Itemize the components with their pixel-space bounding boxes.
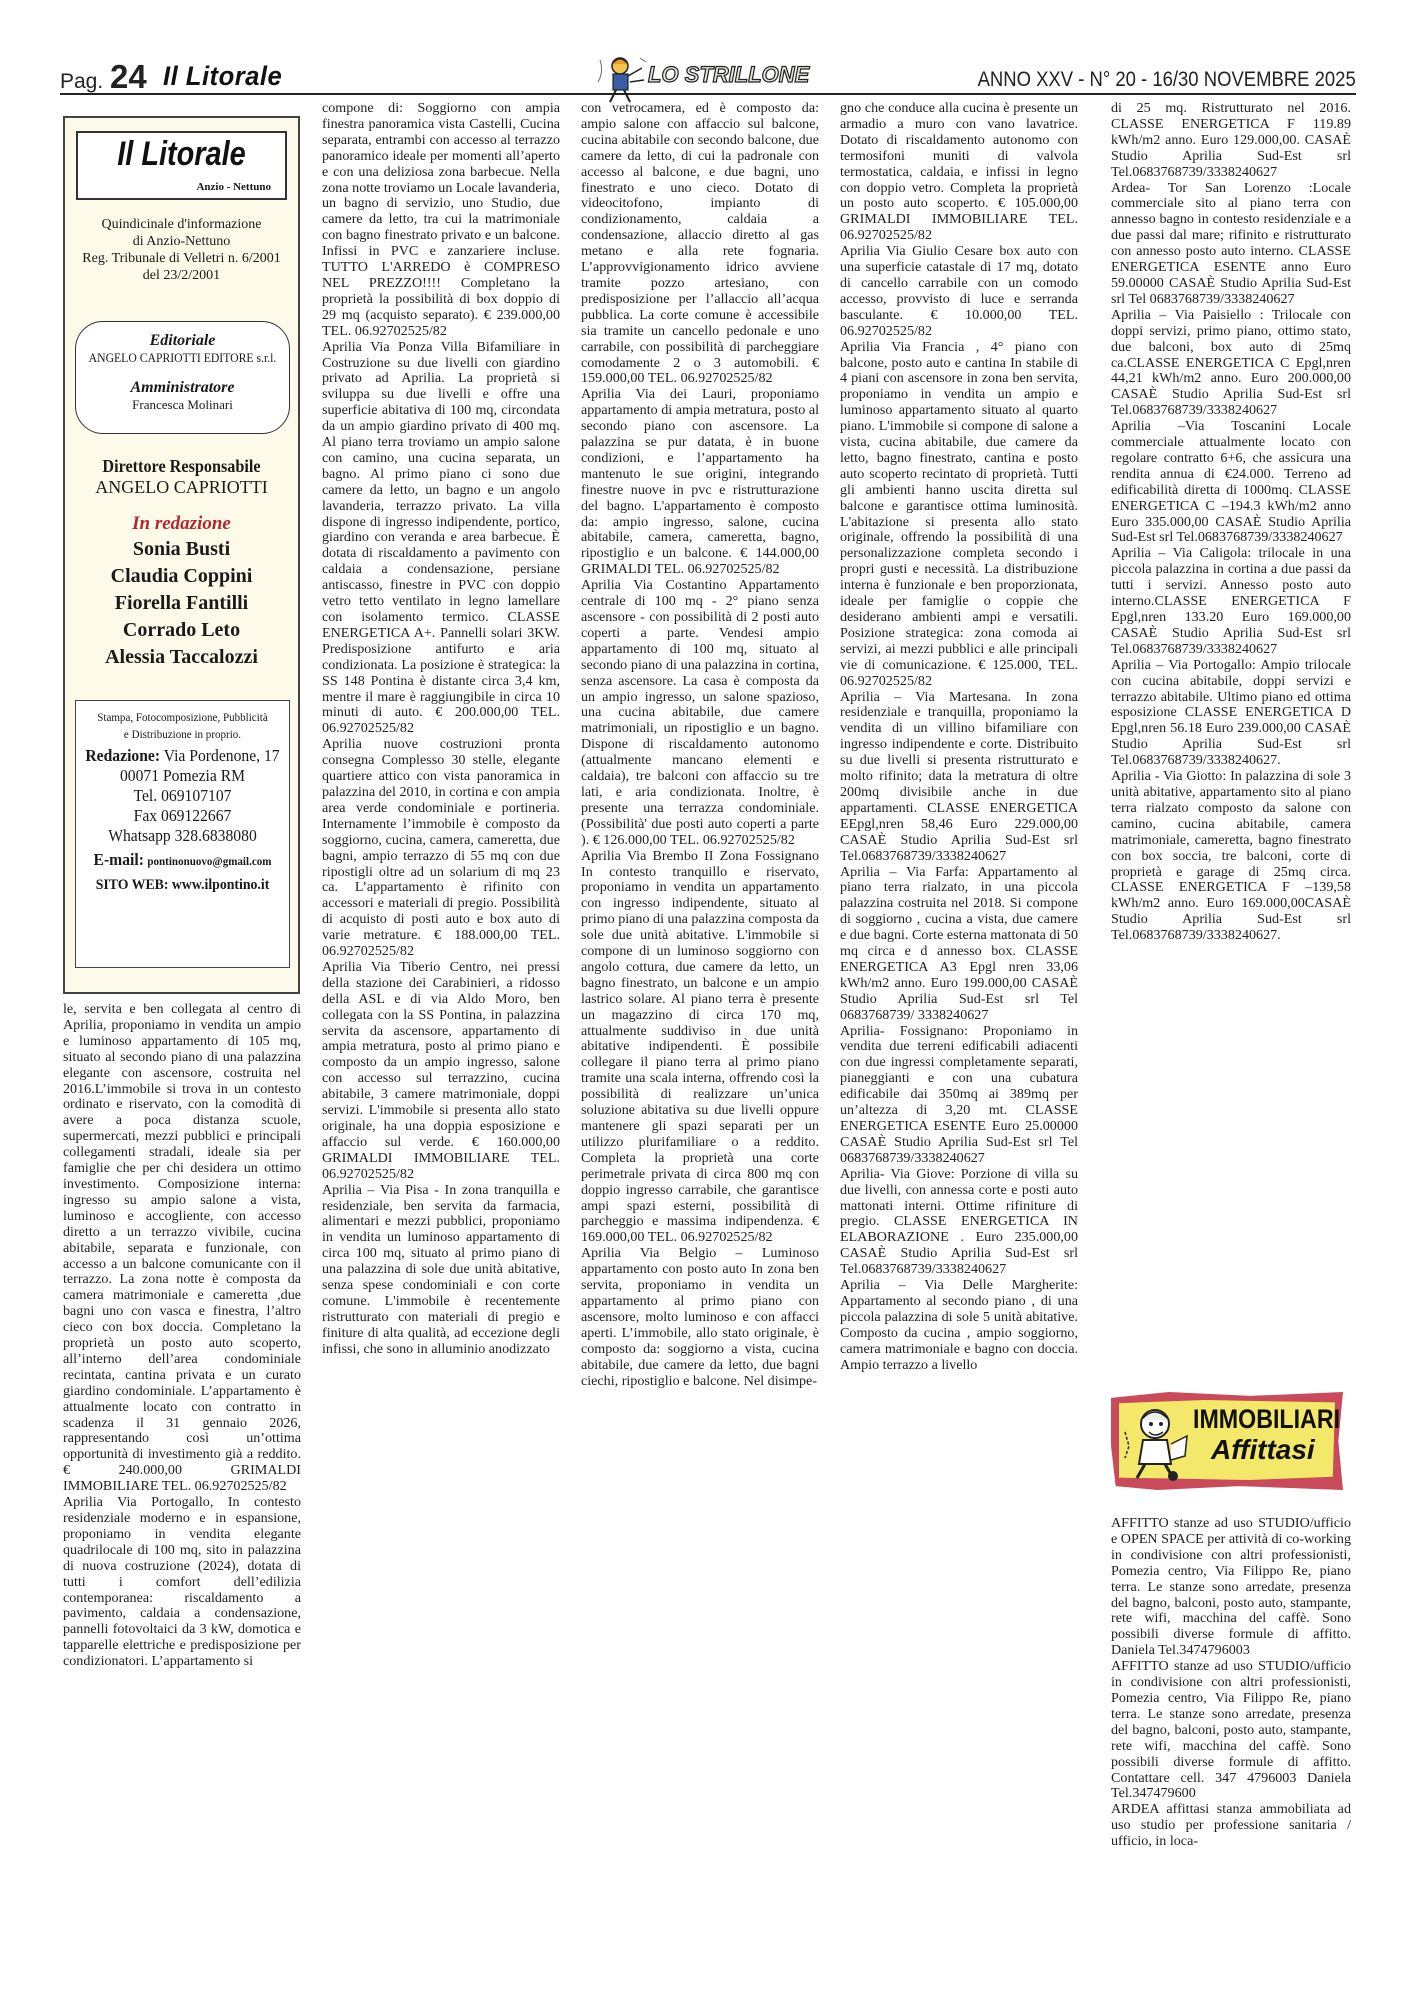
listing: Ardea- Tor San Lorenzo :Locale commercia…	[1111, 181, 1351, 308]
colophon-box: Il Litorale Anzio - Nettuno Quindicinale…	[63, 116, 300, 994]
newsboy-icon	[596, 52, 648, 104]
redazione-member: Claudia Coppini	[65, 563, 298, 590]
tel: Tel. 069107107	[85, 786, 281, 806]
listing: Aprilia – Via Caligola: trilocale in una…	[1111, 546, 1351, 657]
column-5: di 25 mq. Ristrutturato nel 2016. CLASSE…	[1111, 101, 1351, 944]
listing: Aprilia Via Giulio Cesare box auto con u…	[840, 244, 1078, 339]
listing: Aprilia- Fossignano: Proponiamo in vendi…	[840, 1024, 1078, 1167]
amministratore-label: Amministratore	[76, 379, 289, 397]
lo-strillone-logo: LO STRILLONE	[590, 52, 830, 104]
listing: con vetrocamera, ed è composto da: ampio…	[581, 101, 819, 387]
listing: di 25 mq. Ristrutturato nel 2016. CLASSE…	[1111, 101, 1351, 181]
redazione-address: Via Pordenone, 17	[164, 746, 280, 765]
immobiliari-affittasi-banner: IMMOBILIARI Affittasi	[1111, 1388, 1343, 1506]
direttore-label: Direttore Responsabile	[77, 456, 287, 477]
banner-title: IMMOBILIARI	[1193, 1404, 1340, 1435]
editoriale-label: Editoriale	[76, 332, 289, 350]
listing: Aprilia Via Belgio – Luminoso appartamen…	[581, 1246, 819, 1389]
logo-text: LO STRILLONE	[648, 62, 809, 88]
listing: Aprilia Via Francia , 4° piano con balco…	[840, 340, 1078, 690]
listing: Aprilia Via Tiberio Centro, nei pressi d…	[322, 960, 560, 1183]
contact-box: Stampa, Fotocomposizione, Pubblicità e D…	[75, 700, 290, 968]
listing: Aprilia – Via Delle Margherite: Appartam…	[840, 1278, 1078, 1373]
listing: Aprilia – Via Pisa - In zona tranquilla …	[322, 1183, 560, 1358]
column-2: compone di: Soggiorno con ampia finestra…	[322, 101, 560, 1358]
info-line: del 23/2/2001	[65, 267, 298, 284]
listing: Aprilia – Via Portogallo: Ampio trilocal…	[1111, 658, 1351, 769]
colophon-subtitle: Anzio - Nettuno	[196, 181, 271, 193]
editoriale-value: ANGELO CAPRIOTTI EDITORE s.r.l.	[87, 350, 279, 365]
listing: le, servita e ben collegata al centro di…	[63, 1002, 301, 1495]
listing: Aprilia Via Costantino Appartamento cent…	[581, 578, 819, 848]
listing: Aprilia – Via Martesana. In zona residen…	[840, 690, 1078, 865]
direttore-value: ANGELO CAPRIOTTI	[65, 477, 298, 498]
email-label: E-mail:	[94, 850, 144, 869]
editorial-box: Editoriale ANGELO CAPRIOTTI EDITORE s.r.…	[75, 321, 290, 434]
colophon-title: Il Litorale	[94, 135, 270, 174]
colophon-title-box: Il Litorale Anzio - Nettuno	[76, 131, 287, 200]
header-rule	[60, 93, 1356, 95]
banner-subtitle: Affittasi	[1211, 1434, 1315, 1466]
colophon-info: Quindicinale d'informazione di Anzio-Net…	[65, 216, 298, 284]
web-link[interactable]: www.ilpontino.it	[172, 877, 269, 893]
whatsapp: Whatsapp 328.6838080	[85, 826, 281, 846]
redazione-member: Sonia Busti	[65, 536, 298, 563]
redazione-address-label: Redazione:	[85, 746, 160, 765]
stampa-line: Stampa, Fotocomposizione, Pubblicità	[85, 709, 281, 726]
listing: gno che conduce alla cucina è presente u…	[840, 101, 1078, 244]
listing: Aprilia Via Brembo II Zona Fossignano In…	[581, 849, 819, 1247]
newsboy-icon	[1121, 1402, 1191, 1482]
listing: Aprilia –Via Toscanini Locale commercial…	[1111, 419, 1351, 546]
stampa-line: e Distribuzione in proprio.	[85, 726, 281, 743]
column-5-rentals: AFFITTO stanze ad uso STUDIO/ufficio e O…	[1111, 1516, 1351, 1850]
info-line: di Anzio-Nettuno	[65, 233, 298, 250]
web-label: SITO WEB:	[96, 877, 169, 893]
listing: Aprilia Via Ponza Villa Bifamiliare in C…	[322, 340, 560, 738]
listing: Aprilia - Via Giotto: In palazzina di so…	[1111, 769, 1351, 944]
listing: Aprilia – Via Farfa: Appartamento al pia…	[840, 865, 1078, 1024]
redazione-label: In redazione	[65, 512, 298, 536]
listing: Aprilia nuove costruzioni pronta consegn…	[322, 737, 560, 960]
column-3: con vetrocamera, ed è composto da: ampio…	[581, 101, 819, 1389]
page-header: Pag. 24 Il Litorale LO STRILLONE ANNO XX…	[60, 62, 1356, 94]
redazione-member: Corrado Leto	[65, 617, 298, 644]
amministratore-value: Francesca Molinari	[76, 397, 289, 412]
listing: Aprilia- Via Giove: Porzione di villa su…	[840, 1167, 1078, 1278]
listing: AFFITTO stanze ad uso STUDIO/ufficio e O…	[1111, 1516, 1351, 1659]
listing: Aprilia Via Portogallo, In contesto resi…	[63, 1495, 301, 1670]
email-link[interactable]: pontinonuovo@gmail.com	[147, 854, 271, 868]
info-line: Quindicinale d'informazione	[65, 216, 298, 233]
direttore-block: Direttore Responsabile ANGELO CAPRIOTTI …	[65, 456, 298, 671]
redazione-member: Fiorella Fantilli	[65, 590, 298, 617]
redazione-member: Alessia Taccalozzi	[65, 644, 298, 671]
column-1: le, servita e ben collegata al centro di…	[63, 1002, 301, 1670]
page-number: 24	[110, 58, 147, 96]
column-4: gno che conduce alla cucina è presente u…	[840, 101, 1078, 1374]
fax: Fax 069122667	[85, 806, 281, 826]
listing: ARDEA affittasi stanza ammobiliata ad us…	[1111, 1802, 1351, 1850]
info-line: Reg. Tribunale di Velletri n. 6/2001	[65, 250, 298, 267]
listing: Aprilia Via dei Lauri, proponiamo appart…	[581, 387, 819, 578]
listing: AFFITTO stanze ad uso STUDIO/ufficio in …	[1111, 1659, 1351, 1802]
listing: compone di: Soggiorno con ampia finestra…	[322, 101, 560, 340]
issue-info: ANNO XXV - N° 20 - 16/30 NOVEMBRE 2025	[978, 68, 1356, 92]
listing: Aprilia – Via Paisiello : Trilocale con …	[1111, 308, 1351, 419]
masthead-title: Il Litorale	[163, 61, 282, 92]
page-label: Pag.	[60, 70, 103, 94]
city: 00071 Pomezia RM	[85, 766, 281, 786]
